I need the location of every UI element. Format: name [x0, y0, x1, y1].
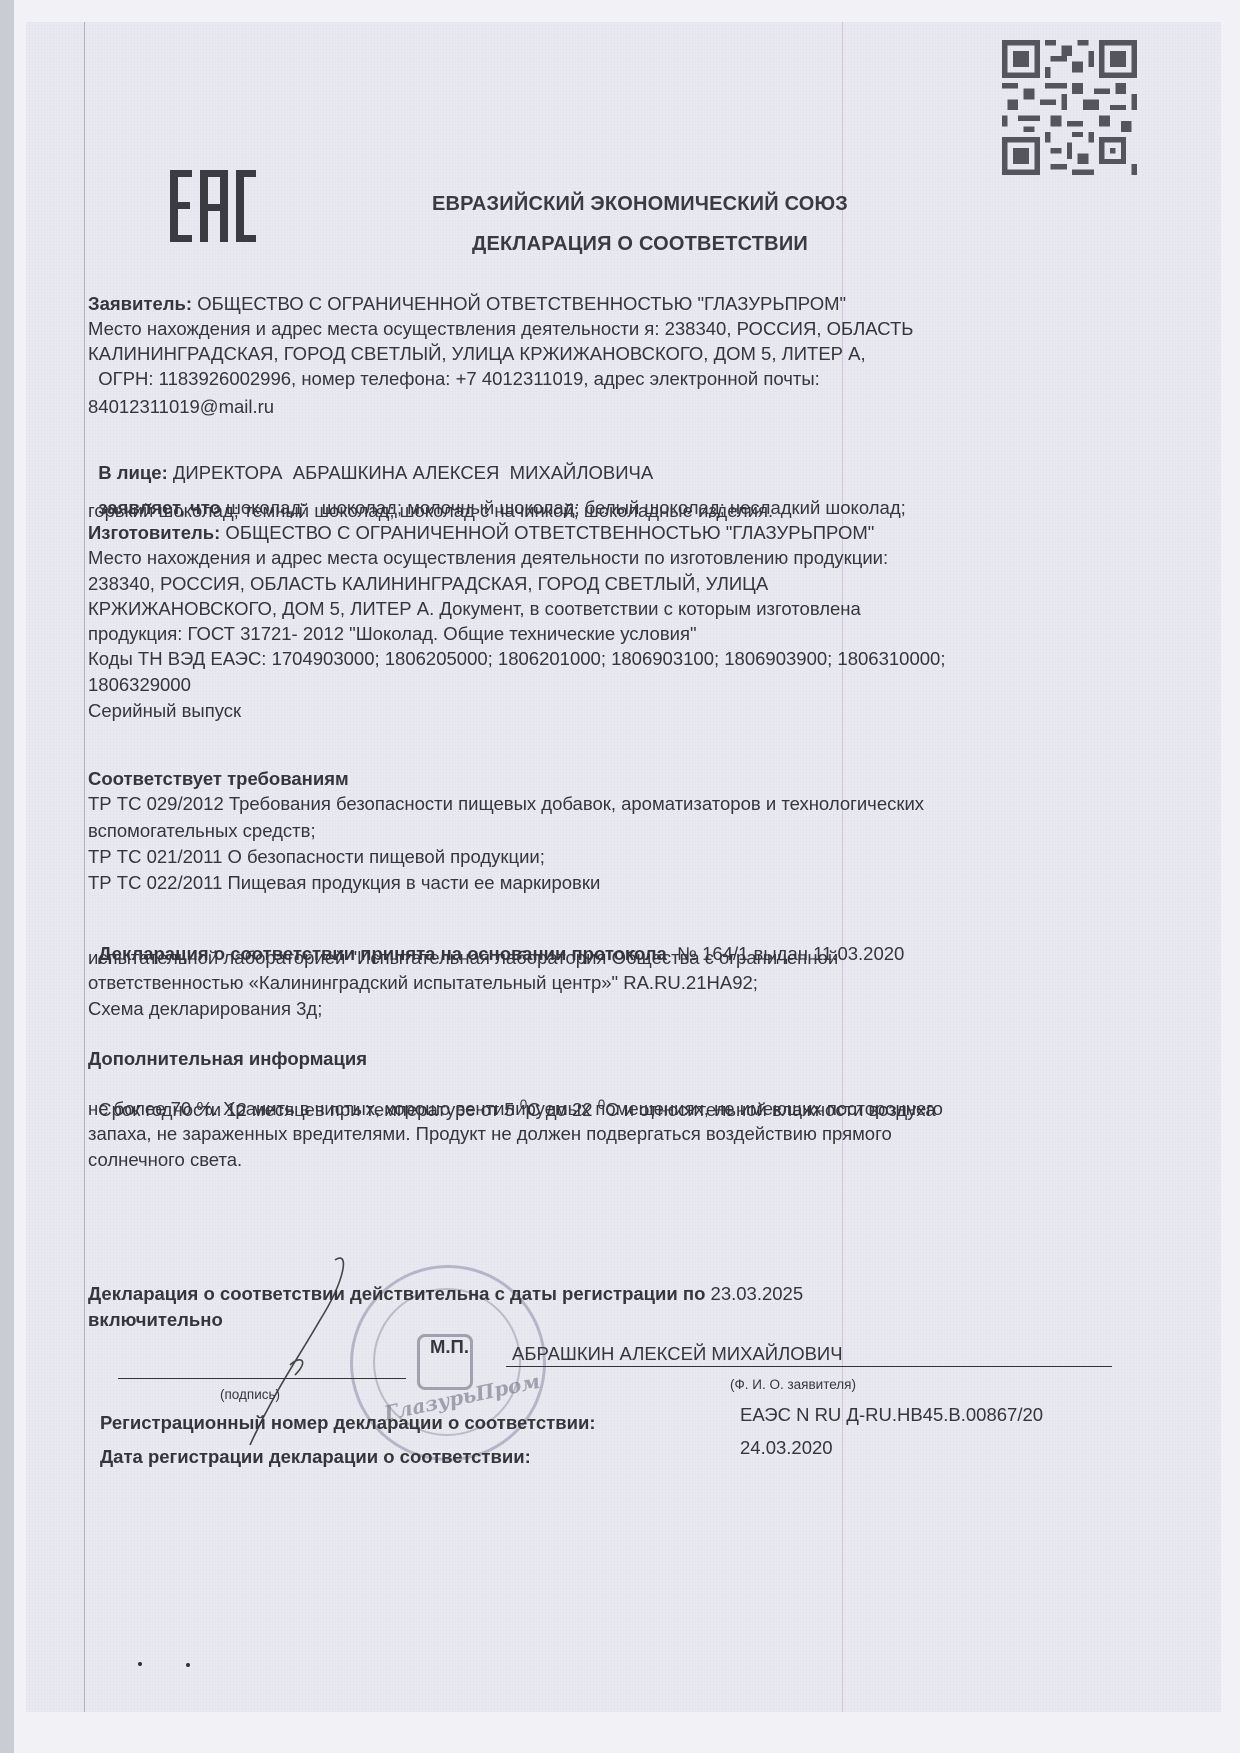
requirement-item: ТР ТС 022/2011 Пищевая продукция в части… [88, 872, 600, 894]
tnved-codes-1: Коды ТН ВЭД ЕАЭС: 1704903000; 1806205000… [88, 648, 945, 670]
scan-speck [138, 1662, 142, 1666]
registration-date-label: Дата регистрации декларации о соответств… [100, 1446, 531, 1468]
additional-line-3: запаха, не зараженных вредителями. Проду… [88, 1123, 892, 1145]
fold-line [84, 22, 85, 1712]
basis-lab-1: испытательной лабораторией "Испытательна… [88, 947, 838, 969]
signer-name: АБРАШКИН АЛЕКСЕЙ МИХАЙЛОВИЧ [512, 1343, 843, 1365]
signature-caption: (подпись) [220, 1384, 280, 1406]
validity-label: Декларация о соответствии действительна … [88, 1283, 705, 1304]
additional-heading: Дополнительная информация [88, 1048, 367, 1070]
registration-number-label: Регистрационный номер декларации о соотв… [100, 1412, 596, 1434]
requirement-item: ТР ТС 021/2011 О безопасности пищевой пр… [88, 846, 545, 868]
union-title: ЕВРАЗИЙСКИЙ ЭКОНОМИЧЕСКИЙ СОЮЗ [200, 193, 1080, 216]
name-line [506, 1366, 1112, 1367]
manufacturer-standard: продукция: ГОСТ 31721- 2012 "Шоколад. Об… [88, 623, 697, 645]
qr-code-icon [1002, 40, 1137, 175]
requirement-item: ТР ТС 029/2012 Требования безопасности п… [88, 793, 924, 815]
additional-line-2: не более 70 %. Хранить в чистых, хорошо … [88, 1098, 943, 1120]
applicant-address-1: Место нахождения и адрес места осуществл… [88, 318, 913, 340]
manufacturer-address-2: 238340, РОССИЯ, ОБЛАСТЬ КАЛИНИНГРАДСКАЯ,… [88, 573, 768, 595]
basis-lab-2: ответственностью «Калининградский испыта… [88, 972, 758, 994]
applicant-row: Заявитель: ОБЩЕСТВО С ОГРАНИЧЕННОЙ ОТВЕТ… [88, 293, 846, 315]
requirements-heading: Соответствует требованиям [88, 768, 349, 790]
applicant-label: Заявитель: [88, 293, 192, 314]
registration-date-value: 24.03.2020 [740, 1437, 833, 1459]
manufacturer-name: ОБЩЕСТВО С ОГРАНИЧЕННОЙ ОТВЕТСТВЕННОСТЬЮ… [220, 522, 874, 543]
scan-speck [186, 1663, 190, 1667]
manufacturer-label: Изготовитель: [88, 522, 220, 543]
fold-line [842, 22, 843, 1712]
applicant-email: 84012311019@mail.ru [88, 396, 274, 418]
manufacturer-row: Изготовитель: ОБЩЕСТВО С ОГРАНИЧЕННОЙ ОТ… [88, 522, 874, 544]
applicant-name: ОБЩЕСТВО С ОГРАНИЧЕННОЙ ОТВЕТСТВЕННОСТЬЮ… [192, 293, 846, 314]
additional-line-4: солнечного света. [88, 1149, 242, 1171]
declaration-scheme: Схема декларирования 3д; [88, 998, 322, 1020]
document-title: ДЕКЛАРАЦИЯ О СООТВЕТСТВИИ [200, 233, 1080, 256]
applicant-contacts: ОГРН: 1183926002996, номер телефона: +7 … [88, 368, 820, 390]
declares-products-2: горький шоколад; темный шоколад; шоколад… [88, 500, 773, 522]
applicant-address-2: КАЛИНИНГРАДСКАЯ, ГОРОД СВЕТЛЫЙ, УЛИЦА КР… [88, 343, 866, 365]
stamp-place-label: М.П. [430, 1336, 469, 1358]
release-type: Серийный выпуск [88, 700, 241, 722]
signature-line [118, 1378, 406, 1379]
tnved-codes-2: 1806329000 [88, 674, 191, 696]
registration-number-value: ЕАЭС N RU Д-RU.НВ45.В.00867/20 [740, 1404, 1043, 1426]
requirement-item: вспомогательных средств; [88, 820, 316, 842]
validity-inclusive: включительно [88, 1309, 223, 1331]
name-caption: (Ф. И. О. заявителя) [730, 1374, 856, 1396]
manufacturer-address-3: КРЖИЖАНОВСКОГО, ДОМ 5, ЛИТЕР А. Документ… [88, 598, 861, 620]
manufacturer-address-1: Место нахождения и адрес места осуществл… [88, 547, 888, 569]
validity-row: Декларация о соответствии действительна … [88, 1283, 803, 1305]
validity-date: 23.03.2025 [705, 1283, 803, 1304]
